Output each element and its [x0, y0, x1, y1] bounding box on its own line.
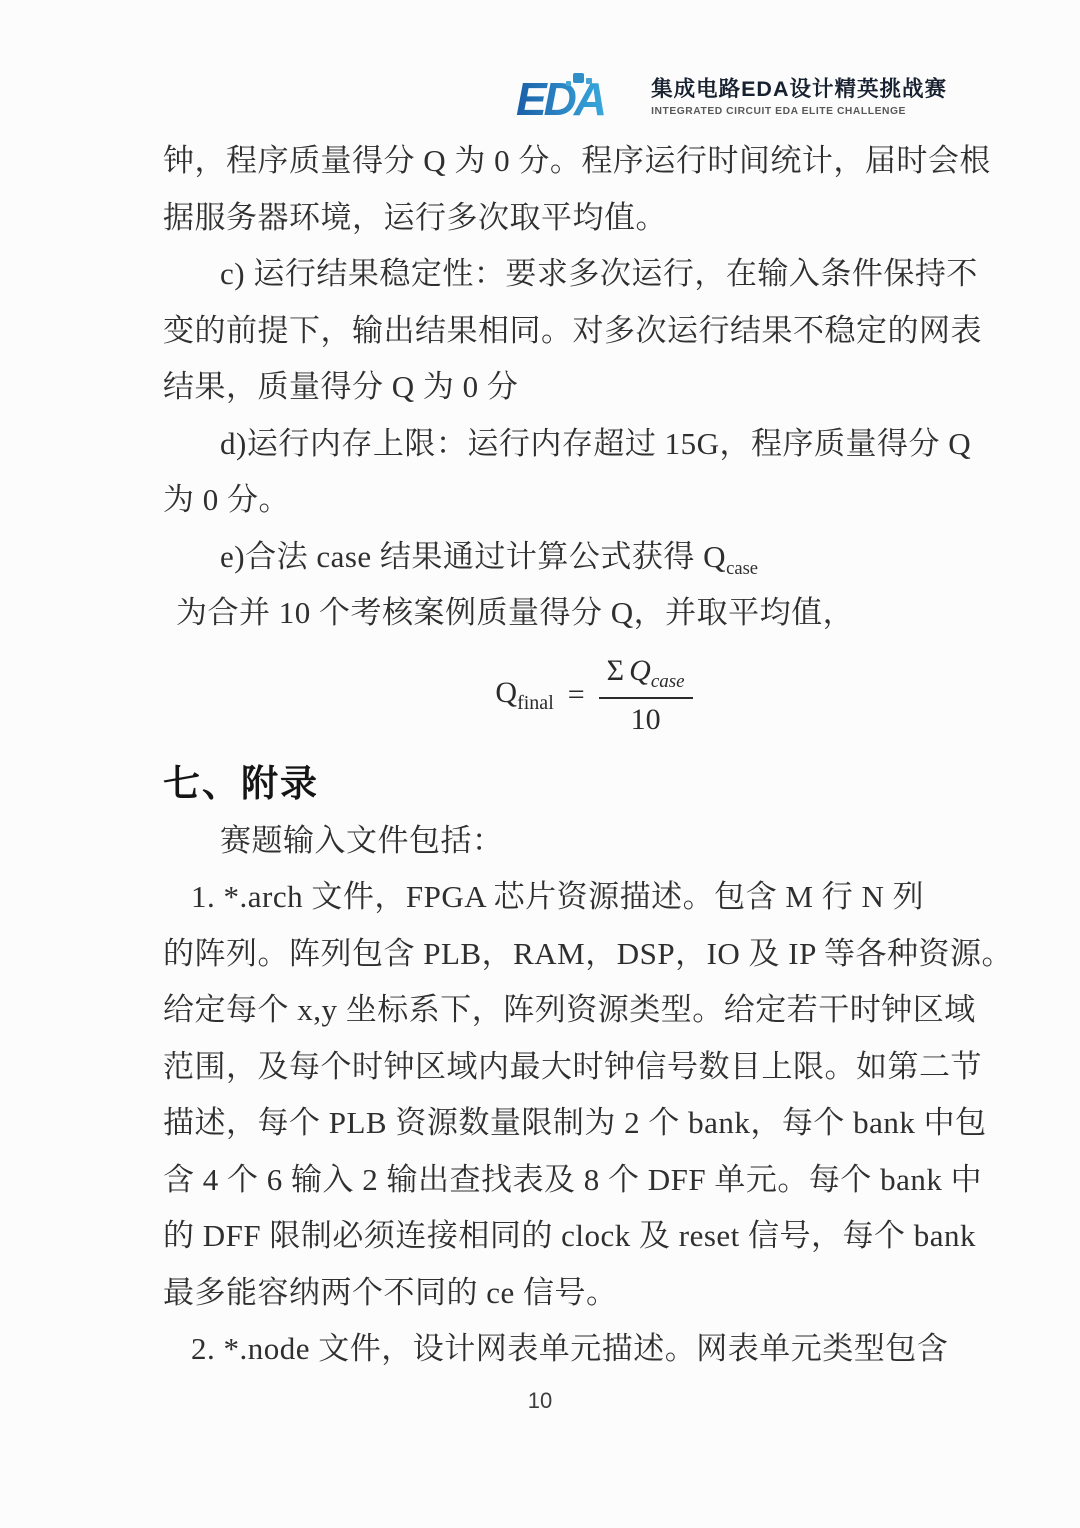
text-line: 结果，质量得分 Q 为 0 分	[163, 359, 953, 416]
text-line-item-2: 2. *.node 文件，设计网表单元描述。网表单元类型包含	[163, 1321, 953, 1378]
text-line-item-1: 1. *.arch 文件，FPGA 芯片资源描述。包含 M 行 N 列	[163, 869, 953, 926]
text-line-item-d: d)运行内存上限：运行内存超过 15G，程序质量得分 Q	[163, 416, 953, 473]
text-line: 为 0 分。	[163, 472, 953, 529]
text-line: 的阵列。阵列包含 PLB，RAM，DSP，IO 及 IP 等各种资源。	[163, 926, 953, 983]
text-line: 为合并 10 个考核案例质量得分 Q，并取平均值，	[163, 585, 953, 642]
text-line: 范围，及每个时钟区域内最大时钟信号数目上限。如第二节	[163, 1039, 953, 1096]
text-line-item-c: c) 运行结果稳定性：要求多次运行，在输入条件保持不	[163, 246, 953, 303]
section-heading: 七、附录	[163, 755, 953, 813]
page-number: 10	[0, 1388, 1080, 1414]
text-line: 最多能容纳两个不同的 ce 信号。	[163, 1265, 953, 1322]
text-line: 据服务器环境，运行多次取平均值。	[163, 190, 953, 247]
formula-equals: =	[568, 678, 585, 712]
document-content: 钟，程序质量得分 Q 为 0 分。程序运行时间统计，届时会根 据服务器环境，运行…	[163, 133, 953, 1378]
text-line: 含 4 个 6 输入 2 输出查找表及 8 个 DFF 单元。每个 bank 中	[163, 1152, 953, 1209]
challenge-title-en: INTEGRATED CIRCUIT EDA ELITE CHALLENGE	[651, 106, 947, 117]
text-line: 的 DFF 限制必须连接相同的 clock 及 reset 信号，每个 bank	[163, 1208, 953, 1265]
text-line-item-e: e)合法 case 结果通过计算公式获得 Qcase	[163, 529, 953, 586]
text-line: 描述，每个 PLB 资源数量限制为 2 个 bank，每个 bank 中包	[163, 1095, 953, 1152]
formula-qfinal: Qfinal = ΣQcase 10	[163, 642, 953, 749]
formula-fraction: ΣQcase 10	[599, 654, 693, 736]
text-line: 变的前提下，输出结果相同。对多次运行结果不稳定的网表	[163, 303, 953, 360]
formula-denominator: 10	[631, 699, 661, 736]
text-line: 给定每个 x,y 坐标系下，阵列资源类型。给定若干时钟区域	[163, 982, 953, 1039]
challenge-title-cn: 集成电路EDA设计精英挑战赛	[651, 77, 947, 103]
formula-numerator: ΣQcase	[599, 654, 693, 697]
header-titles: 集成电路EDA设计精英挑战赛 INTEGRATED CIRCUIT EDA EL…	[651, 77, 947, 117]
formula-lhs: Qfinal	[495, 676, 553, 715]
page-header: EDA 集成电路EDA设计精英挑战赛 INTEGRATED CIRCUIT ED…	[516, 70, 947, 124]
text-line: 钟，程序质量得分 Q 为 0 分。程序运行时间统计，届时会根	[163, 133, 953, 190]
eda-logo-icon: EDA	[516, 70, 638, 124]
text-line: 赛题输入文件包括：	[163, 813, 953, 870]
document-page: EDA 集成电路EDA设计精英挑战赛 INTEGRATED CIRCUIT ED…	[0, 0, 1080, 1528]
